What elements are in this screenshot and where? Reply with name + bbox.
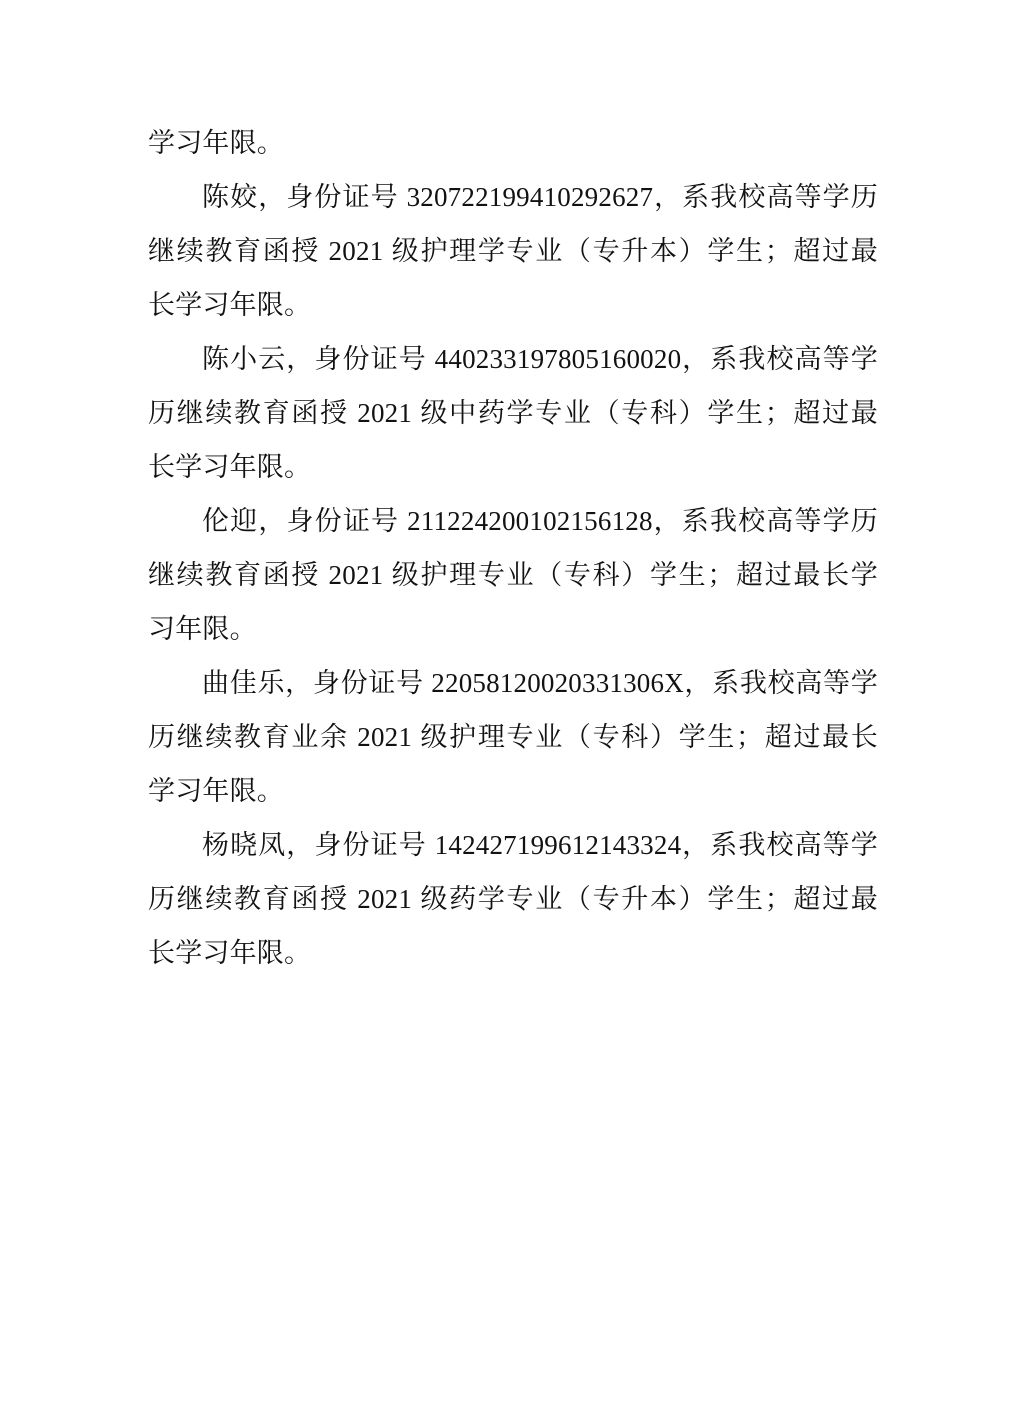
text-line: 长学习年限。: [148, 440, 878, 494]
text-line: 陈小云，身份证号 440233197805160020，系我校高等学: [148, 332, 878, 386]
text-line: 历继续教育函授 2021 级药学专业（专升本）学生；超过最: [148, 872, 878, 926]
text-line: 习年限。: [148, 602, 878, 656]
text-line: 陈姣，身份证号 320722199410292627，系我校高等学历: [148, 170, 878, 224]
text-line: 长学习年限。: [148, 926, 878, 980]
text-line: 继续教育函授 2021 级护理专业（专科）学生；超过最长学: [148, 548, 878, 602]
text-line: 长学习年限。: [148, 278, 878, 332]
text-line: 学习年限。: [148, 116, 878, 170]
document-page: 学习年限。陈姣，身份证号 320722199410292627，系我校高等学历继…: [0, 0, 1024, 1420]
document-body: 学习年限。陈姣，身份证号 320722199410292627，系我校高等学历继…: [148, 116, 878, 980]
text-line: 学习年限。: [148, 764, 878, 818]
text-line: 历继续教育业余 2021 级护理专业（专科）学生；超过最长: [148, 710, 878, 764]
text-line: 曲佳乐，身份证号 22058120020331306X，系我校高等学: [148, 656, 878, 710]
text-line: 历继续教育函授 2021 级中药学专业（专科）学生；超过最: [148, 386, 878, 440]
text-line: 继续教育函授 2021 级护理学专业（专升本）学生；超过最: [148, 224, 878, 278]
text-line: 伦迎，身份证号 211224200102156128，系我校高等学历: [148, 494, 878, 548]
text-line: 杨晓凤，身份证号 142427199612143324，系我校高等学: [148, 818, 878, 872]
